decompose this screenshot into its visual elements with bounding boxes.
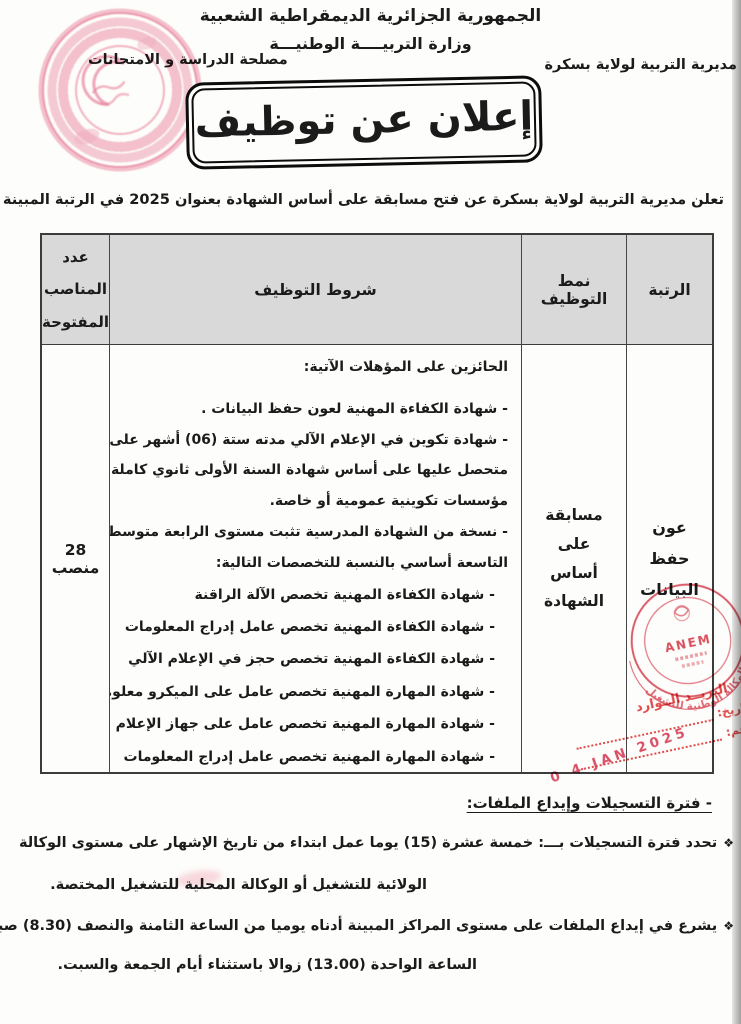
intro-sentence: تعلن مديرية التربية لولاية بسكرة عن فتح … [0, 191, 724, 208]
number-label: الرقم: [725, 718, 741, 739]
header-conditions: شروط التوظيف [109, 235, 521, 345]
directorate-line: مديرية التربية لولاية بسكرة [545, 57, 738, 73]
condition-line: - شهادة المهارة المهنية تخصص عامل إدراج … [114, 741, 508, 772]
announcement-title-box: إعلان عن توظيف [185, 75, 543, 169]
condition-line: متحصل عليها على أساس شهادة السنة الأولى … [114, 455, 508, 486]
condition-line: - شهادة المهارة المهنية تخصص عامل على جه… [114, 708, 508, 740]
condition-line: الحائزين على المؤهلات الآتية: [114, 352, 508, 383]
registration-bullet-2-line-1: ❖يشرع في إيداع الملفات على مستوى المراكز… [0, 918, 734, 934]
condition-line: - شهادة الكفاءة المهنية تخصص الآلة الراق… [114, 579, 508, 611]
scanned-announcement-page: الجمهورية الجزائرية الديمقراطية الشعبية … [0, 0, 741, 1024]
announcement-title-inner-border: إعلان عن توظيف [191, 81, 536, 163]
condition-line: - شهادة الكفاءة المهنية تخصص حجز في الإع… [114, 643, 508, 675]
registration-section-heading: - فترة التسجيلات وإيداع الملفات: [467, 794, 712, 812]
condition-line: - شهادة الكفاءة المهنية لعون حفظ البيانا… [114, 394, 508, 425]
condition-line: - شهادة المهارة المهنية تخصص عامل على ال… [114, 676, 508, 708]
bullet-1-text: تحدد فترة التسجيلات بـــ: خمسة عشرة (15)… [19, 835, 717, 851]
header-mode: نمط التوظيف [521, 235, 626, 345]
bullet-2-text: يشرع في إيداع الملفات على مستوى المراكز … [0, 918, 717, 934]
header-rank: الرتبة [626, 235, 712, 345]
registration-bullet-2-line-2: الساعة الواحدة (13.00) زوالا باستثناء أي… [57, 957, 477, 973]
condition-line: التاسعة أساسي بالنسبة للتخصصات التالية: [114, 548, 508, 579]
diamond-bullet-icon: ❖ [723, 919, 734, 933]
condition-line: مؤسسات تكوينية عمومية أو خاصة. [114, 486, 508, 517]
conditions-cell: الحائزين على المؤهلات الآتية: - شهادة ال… [109, 345, 521, 772]
diamond-bullet-icon: ❖ [723, 836, 734, 850]
condition-line: - شهادة تكوين في الإعلام الآلي مدته ستة … [114, 425, 508, 456]
announcement-title: إعلان عن توظيف [194, 93, 533, 152]
condition-line: - شهادة الكفاءة المهنية تخصص عامل إدراج … [114, 611, 508, 643]
scan-edge-band [732, 0, 741, 1024]
date-label: التاريخ: [716, 697, 741, 719]
condition-line: - نسخة من الشهادة المدرسية تثبت مستوى ال… [114, 517, 508, 548]
header-open-positions: عدد المناصب المفتوحة [42, 235, 109, 345]
registration-bullet-1-line-1: ❖تحدد فترة التسجيلات بـــ: خمسة عشرة (15… [19, 835, 734, 851]
registration-bullet-1-line-2: الولائية للتشغيل أو الوكالة المحلية للتش… [50, 877, 427, 893]
open-positions-cell: 28 منصب [42, 345, 109, 772]
